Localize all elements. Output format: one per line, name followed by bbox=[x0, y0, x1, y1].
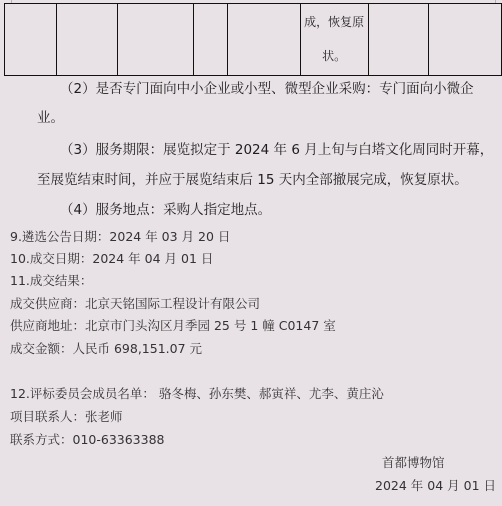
paragraph-service-location: （4）服务地点：采购人指定地点。 bbox=[60, 201, 271, 219]
paragraph-service-period-line-2: 至展览结束时间，并应于展览结束后 15 天内全部撤展完成，恢复原状。 bbox=[37, 171, 468, 189]
paragraph-service-period-line-1: （3）服务期限：展览拟定于 2024 年 6 月上旬与白塔文化周同时开幕， bbox=[60, 141, 493, 159]
contact-phone: 联系方式：010-63363388 bbox=[10, 431, 165, 449]
table-row: 成，恢复原 状。 bbox=[5, 4, 502, 76]
committee-members: 12.评标委员会成员名单： 骆冬梅、孙东樊、郝寅祥、尤李、黄庄沁 bbox=[10, 385, 384, 403]
supplier-name: 成交供应商：北京天铭国际工程设计有限公司 bbox=[10, 295, 260, 313]
result-heading: 11.成交结果： bbox=[10, 272, 92, 290]
announcement-date: 9.遴选公告日期：2024 年 03 月 20 日 bbox=[10, 228, 230, 246]
table-cell bbox=[368, 4, 429, 76]
contact-person: 项目联系人：张老师 bbox=[10, 408, 123, 426]
deal-amount: 成交金额：人民币 698,151.07 元 bbox=[10, 340, 202, 358]
table-cell bbox=[429, 4, 502, 76]
table-cell-remark: 成，恢复原 状。 bbox=[300, 4, 368, 76]
table-cell bbox=[118, 4, 194, 76]
paragraph-smb-line-1: （2）是否专门面向中小企业或小型、微型企业采购：专门面向小微企 bbox=[60, 80, 474, 98]
signature-date: 2024 年 04 月 01 日 bbox=[375, 477, 496, 495]
continuation-table: 成，恢复原 状。 bbox=[4, 3, 502, 76]
cell-text-line-2: 状。 bbox=[301, 41, 368, 71]
signature-organization: 首都博物馆 bbox=[382, 454, 445, 472]
table-cell bbox=[227, 4, 300, 76]
cell-text-line-1: 成，恢复原 bbox=[301, 4, 368, 41]
paragraph-smb-line-2: 业。 bbox=[37, 109, 64, 127]
table-cell bbox=[5, 4, 57, 76]
supplier-address: 供应商地址：北京市门头沟区月季园 25 号 1 幢 C0147 室 bbox=[10, 317, 336, 335]
table-cell bbox=[56, 4, 118, 76]
deal-date: 10.成交日期：2024 年 04 月 01 日 bbox=[10, 250, 213, 268]
table-cell bbox=[194, 4, 228, 76]
